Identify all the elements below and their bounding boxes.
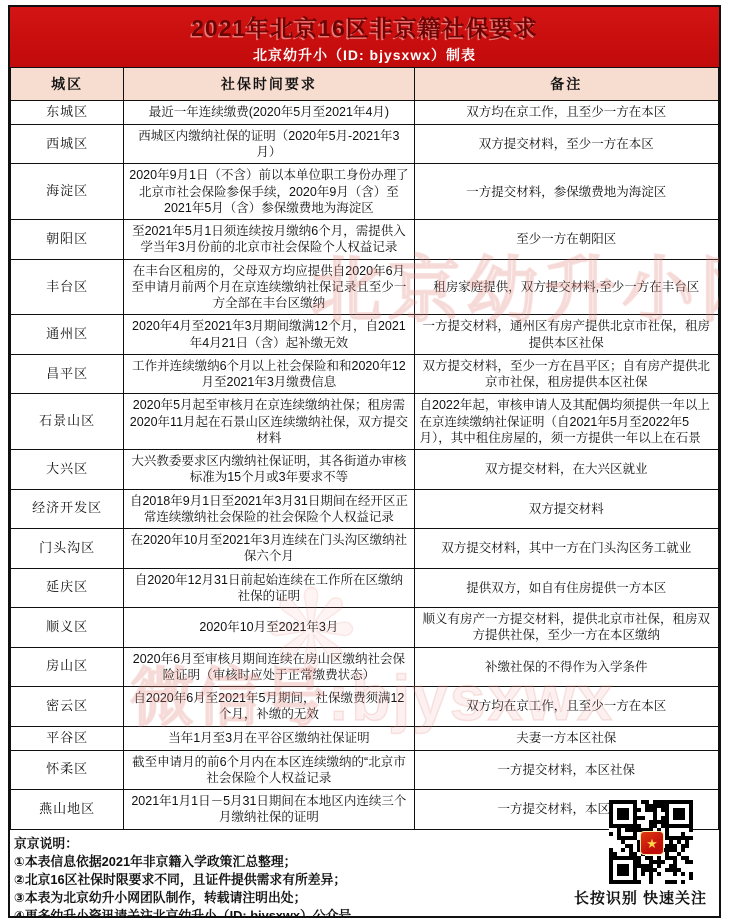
requirement-cell: 在2020年10月至2021年3月连续在门头沟区缴纳社保六个月 — [124, 529, 414, 569]
district-cell: 怀柔区 — [11, 750, 124, 790]
table-row: 房山区2020年6月至审核月期间连续在房山区缴纳社会保险证明（审核时应处于正常缴… — [11, 647, 719, 687]
district-cell: 门头沟区 — [11, 529, 124, 569]
table-row: 门头沟区在2020年10月至2021年3月连续在门头沟区缴纳社保六个月双方提交材… — [11, 529, 719, 569]
district-cell: 朝阳区 — [11, 220, 124, 260]
table-row: 石景山区2020年5月起至审核月在京连续缴纳社保；租房需2020年11月起在石景… — [11, 394, 719, 450]
requirement-cell: 至2021年5月1日须连续按月缴纳6个月，需提供入学当年3月份前的北京市社会保险… — [124, 220, 414, 260]
requirement-cell: 2021年1月1日－5月31日期间在本地区内连续三个月缴纳社保的证明 — [124, 790, 414, 830]
requirement-cell: 西城区内缴纳社保的证明（2020年5月-2021年3月） — [124, 124, 414, 164]
requirement-cell: 截至申请月的前6个月内在本区连续缴纳的“北京市社会保险个人权益记录 — [124, 750, 414, 790]
note-cell: 双方提交材料，在大兴区就业 — [414, 450, 718, 490]
column-header-requirement: 社保时间要求 — [124, 68, 414, 101]
requirement-cell: 2020年4月至2021年3月期间缴满12个月，自2021年4月21日（含）起补… — [124, 315, 414, 355]
note-cell: 补缴社保的不得作为入学条件 — [414, 647, 718, 687]
note-cell: 自2022年起，审核申请人及其配偶均须提供一年以上在京连续缴纳社保证明（自202… — [414, 394, 718, 450]
table-row: 东城区最近一年连续缴费(2020年5月至2021年4月)双方均在京工作，且至少一… — [11, 101, 719, 125]
note-cell: 双方提交材料 — [414, 489, 718, 529]
social-security-table: 城区 社保时间要求 备注 东城区最近一年连续缴费(2020年5月至2021年4月… — [10, 67, 719, 830]
requirement-cell: 自2020年12月31日前起始连续在工作所在区缴纳社保的证明 — [124, 568, 414, 608]
requirement-cell: 在丰台区租房的，父母双方均应提供自2020年6月至申请月前两个月在京连续缴纳社保… — [124, 259, 414, 315]
district-cell: 平谷区 — [11, 726, 124, 750]
page-subtitle: 北京幼升小（ID: bjysxwx）制表 — [253, 45, 476, 65]
poster-page: 2021年北京16区非京籍社保要求 北京幼升小（ID: bjysxwx）制表 城… — [0, 0, 729, 924]
qr-caption: 长按识别 快速关注 — [574, 887, 707, 908]
table-row: 平谷区当年1月至3月在平谷区缴纳社保证明夫妻一方本区社保 — [11, 726, 719, 750]
table-row: 丰台区在丰台区租房的，父母双方均应提供自2020年6月至申请月前两个月在京连续缴… — [11, 259, 719, 315]
qr-center-logo-icon: ★ — [640, 831, 664, 855]
district-cell: 通州区 — [11, 315, 124, 355]
district-cell: 延庆区 — [11, 568, 124, 608]
table-row: 通州区2020年4月至2021年3月期间缴满12个月，自2021年4月21日（含… — [11, 315, 719, 355]
qr-code: ★ — [609, 800, 693, 884]
column-header-district: 城区 — [11, 68, 124, 101]
requirement-cell: 当年1月至3月在平谷区缴纳社保证明 — [124, 726, 414, 750]
column-header-note: 备注 — [414, 68, 718, 101]
district-cell: 房山区 — [11, 647, 124, 687]
district-cell: 西城区 — [11, 124, 124, 164]
table-row: 顺义区2020年10月至2021年3月顺义有房产一方提交材料，提供北京市社保，租… — [11, 608, 719, 648]
requirement-cell: 工作并连续缴纳6个月以上社会保险和和2020年12月至2021年3月缴费信息 — [124, 354, 414, 394]
table-row: 大兴区大兴教委要求区内缴纳社保证明，其各街道办审核标准为15个月或3年要求不等双… — [11, 450, 719, 490]
district-cell: 石景山区 — [11, 394, 124, 450]
table-row: 朝阳区至2021年5月1日须连续按月缴纳6个月，需提供入学当年3月份前的北京市社… — [11, 220, 719, 260]
table-sheet: 2021年北京16区非京籍社保要求 北京幼升小（ID: bjysxwx）制表 城… — [8, 5, 721, 918]
requirement-cell: 2020年10月至2021年3月 — [124, 608, 414, 648]
note-cell: 双方均在京工作，且至少一方在本区 — [414, 687, 718, 727]
district-cell: 东城区 — [11, 101, 124, 125]
note-cell: 提供双方，如自有住房提供一方本区 — [414, 568, 718, 608]
note-cell: 租房家庭提供，双方提交材料,至少一方在丰台区 — [414, 259, 718, 315]
note-cell: 双方均在京工作，且至少一方在本区 — [414, 101, 718, 125]
note-cell: 夫妻一方本区社保 — [414, 726, 718, 750]
note-cell: 至少一方在朝阳区 — [414, 220, 718, 260]
district-cell: 顺义区 — [11, 608, 124, 648]
requirement-cell: 自2020年6月至2021年5月期间，社保缴费须满12个月，补缴的无效 — [124, 687, 414, 727]
table-row: 西城区西城区内缴纳社保的证明（2020年5月-2021年3月）双方提交材料，至少… — [11, 124, 719, 164]
requirement-cell: 2020年5月起至审核月在京连续缴纳社保；租房需2020年11月起在石景山区连续… — [124, 394, 414, 450]
district-cell: 昌平区 — [11, 354, 124, 394]
note-cell: 双方提交材料，至少一方在本区 — [414, 124, 718, 164]
requirement-cell: 大兴教委要求区内缴纳社保证明，其各街道办审核标准为15个月或3年要求不等 — [124, 450, 414, 490]
table-row: 延庆区自2020年12月31日前起始连续在工作所在区缴纳社保的证明提供双方，如自… — [11, 568, 719, 608]
district-cell: 海淀区 — [11, 164, 124, 220]
table-row: 怀柔区截至申请月的前6个月内在本区连续缴纳的“北京市社会保险个人权益记录一方提交… — [11, 750, 719, 790]
requirement-cell: 2020年9月1日（不含）前以本单位职工身份办理了北京市社会保险参保手续，202… — [124, 164, 414, 220]
note-cell: 一方提交材料，通州区有房产提供北京市社保，租房提供本区社保 — [414, 315, 718, 355]
requirement-cell: 2020年6月至审核月期间连续在房山区缴纳社会保险证明（审核时应处于正常缴费状态… — [124, 647, 414, 687]
table-row: 海淀区2020年9月1日（不含）前以本单位职工身份办理了北京市社会保险参保手续，… — [11, 164, 719, 220]
note-cell: 顺义有房产一方提交材料，提供北京市社保，租房双方提供社保，至少一方在本区缴纳 — [414, 608, 718, 648]
district-cell: 燕山地区 — [11, 790, 124, 830]
banner: 2021年北京16区非京籍社保要求 北京幼升小（ID: bjysxwx）制表 — [10, 7, 719, 67]
district-cell: 经济开发区 — [11, 489, 124, 529]
requirement-cell: 自2018年9月1日至2021年3月31日期间在经开区正常连续缴纳社会保险的社会… — [124, 489, 414, 529]
page-title: 2021年北京16区非京籍社保要求 — [191, 10, 538, 43]
district-cell: 大兴区 — [11, 450, 124, 490]
district-cell: 密云区 — [11, 687, 124, 727]
note-cell: 一方提交材料，参保缴费地为海淀区 — [414, 164, 718, 220]
table-row: 密云区自2020年6月至2021年5月期间，社保缴费须满12个月，补缴的无效双方… — [11, 687, 719, 727]
footer-note-4: ④更多幼升小资讯请关注北京幼升小（ID: bjysxwx）公众号。 — [14, 907, 713, 918]
note-cell: 一方提交材料，本区社保 — [414, 750, 718, 790]
table-row: 经济开发区自2018年9月1日至2021年3月31日期间在经开区正常连续缴纳社会… — [11, 489, 719, 529]
district-cell: 丰台区 — [11, 259, 124, 315]
table-row: 昌平区工作并连续缴纳6个月以上社会保险和和2020年12月至2021年3月缴费信… — [11, 354, 719, 394]
note-cell: 双方提交材料，至少一方在昌平区；自有房产提供北京市社保，租房提供本区社保 — [414, 354, 718, 394]
requirement-cell: 最近一年连续缴费(2020年5月至2021年4月) — [124, 101, 414, 125]
table-header-row: 城区 社保时间要求 备注 — [11, 68, 719, 101]
note-cell: 双方提交材料，其中一方在门头沟区务工就业 — [414, 529, 718, 569]
